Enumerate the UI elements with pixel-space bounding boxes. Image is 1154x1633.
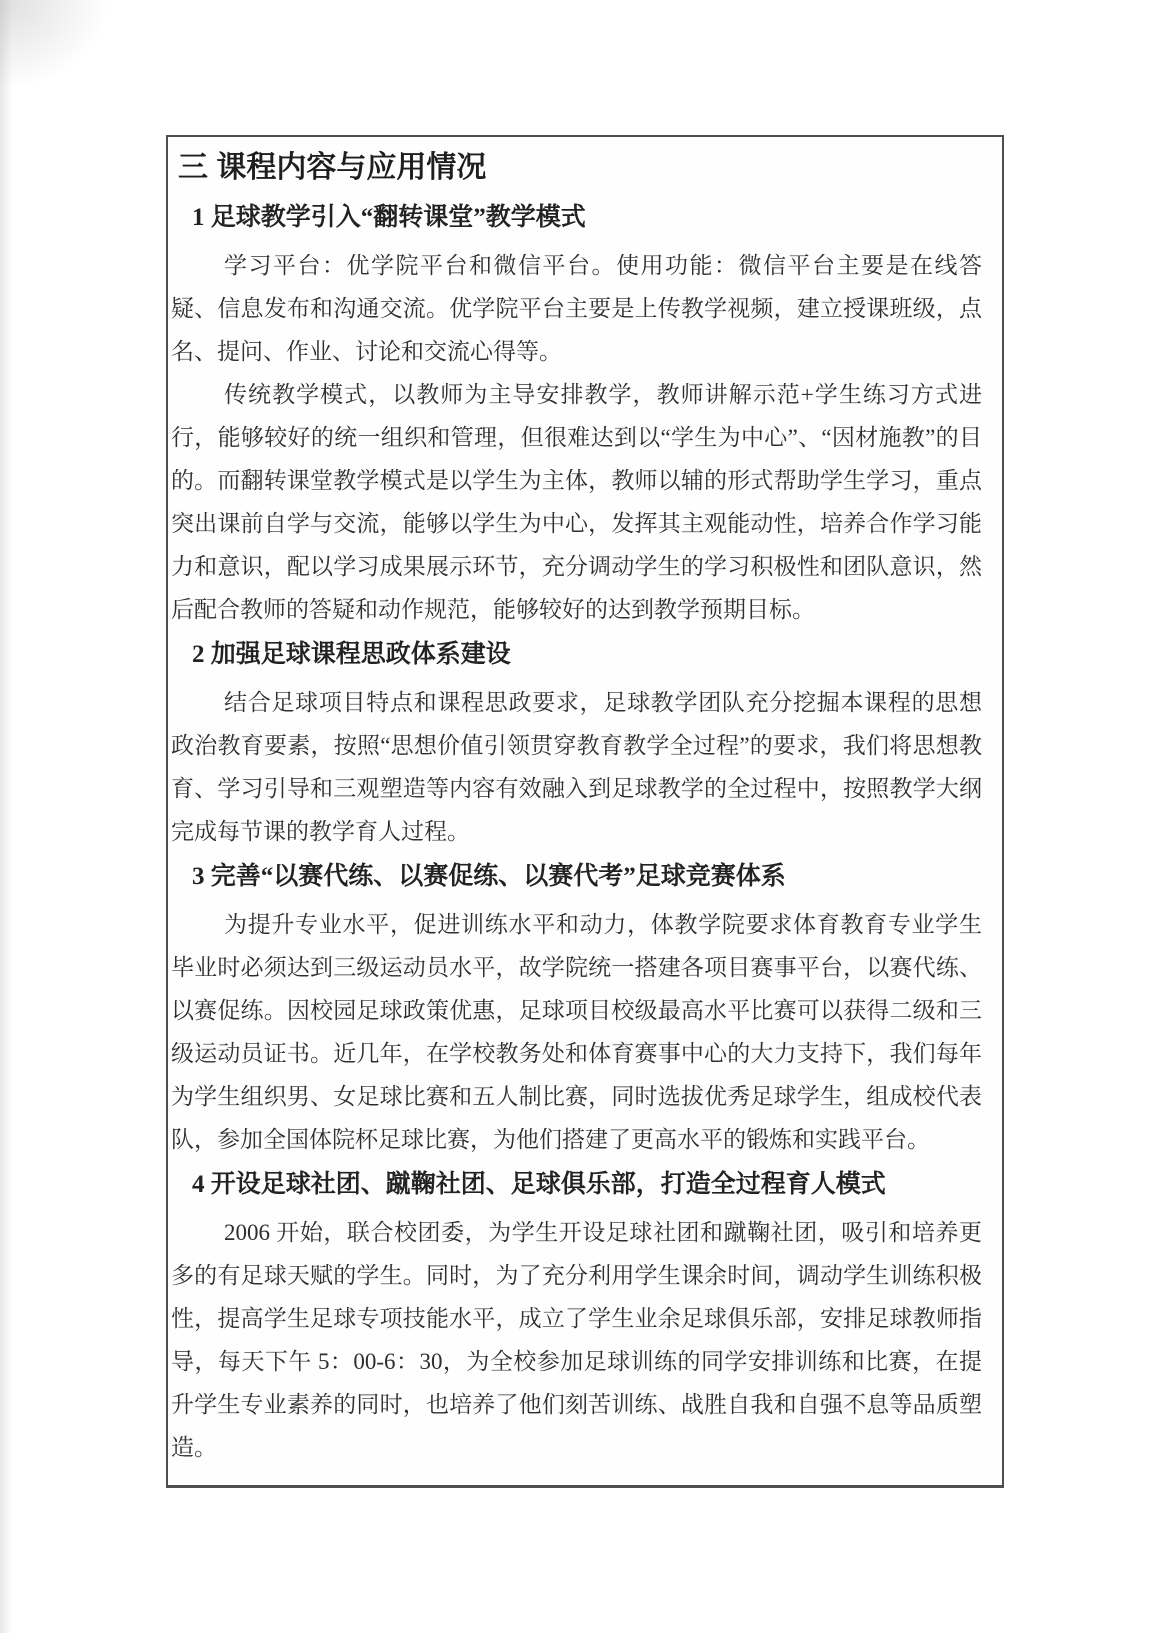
page-title: 三 课程内容与应用情况 [178, 147, 982, 189]
course-content-table-cell: 三 课程内容与应用情况 1 足球教学引入“翻转课堂”教学模式 学习平台：优学院平… [166, 135, 1004, 1488]
scan-edge-artifact [0, 0, 12, 1633]
paragraph: 传统教学模式，以教师为主导安排教学，教师讲解示范+学生练习方式进行，能够较好的统… [171, 373, 982, 631]
section-4-heading: 4 开设足球社团、蹴鞠社团、足球俱乐部，打造全过程育人模式 [192, 1166, 982, 1204]
section-ideological-education: 2 加强足球课程思政体系建设 结合足球项目特点和课程思政要求，足球教学团队充分挖… [171, 636, 982, 853]
section-competition-system: 3 完善“以赛代练、以赛促练、以赛代考”足球竞赛体系 为提升专业水平，促进训练水… [171, 858, 982, 1161]
section-clubs: 4 开设足球社团、蹴鞠社团、足球俱乐部，打造全过程育人模式 2006 开始，联合… [171, 1166, 982, 1469]
scan-corner-artifact [0, 0, 110, 90]
paragraph: 2006 开始，联合校团委，为学生开设足球社团和蹴鞠社团，吸引和培养更多的有足球… [171, 1211, 982, 1469]
section-3-heading: 3 完善“以赛代练、以赛促练、以赛代考”足球竞赛体系 [192, 858, 982, 896]
section-1-heading: 1 足球教学引入“翻转课堂”教学模式 [192, 199, 982, 237]
section-2-heading: 2 加强足球课程思政体系建设 [192, 636, 982, 674]
section-flipped-classroom: 1 足球教学引入“翻转课堂”教学模式 学习平台：优学院平台和微信平台。使用功能：… [171, 199, 982, 631]
scanned-document-page: 三 课程内容与应用情况 1 足球教学引入“翻转课堂”教学模式 学习平台：优学院平… [0, 0, 1154, 1633]
paragraph: 为提升专业水平，促进训练水平和动力，体教学院要求体育教育专业学生毕业时必须达到三… [171, 903, 982, 1161]
paragraph: 学习平台：优学院平台和微信平台。使用功能：微信平台主要是在线答疑、信息发布和沟通… [171, 244, 982, 373]
paragraph: 结合足球项目特点和课程思政要求，足球教学团队充分挖掘本课程的思想政治教育要素，按… [171, 681, 982, 853]
